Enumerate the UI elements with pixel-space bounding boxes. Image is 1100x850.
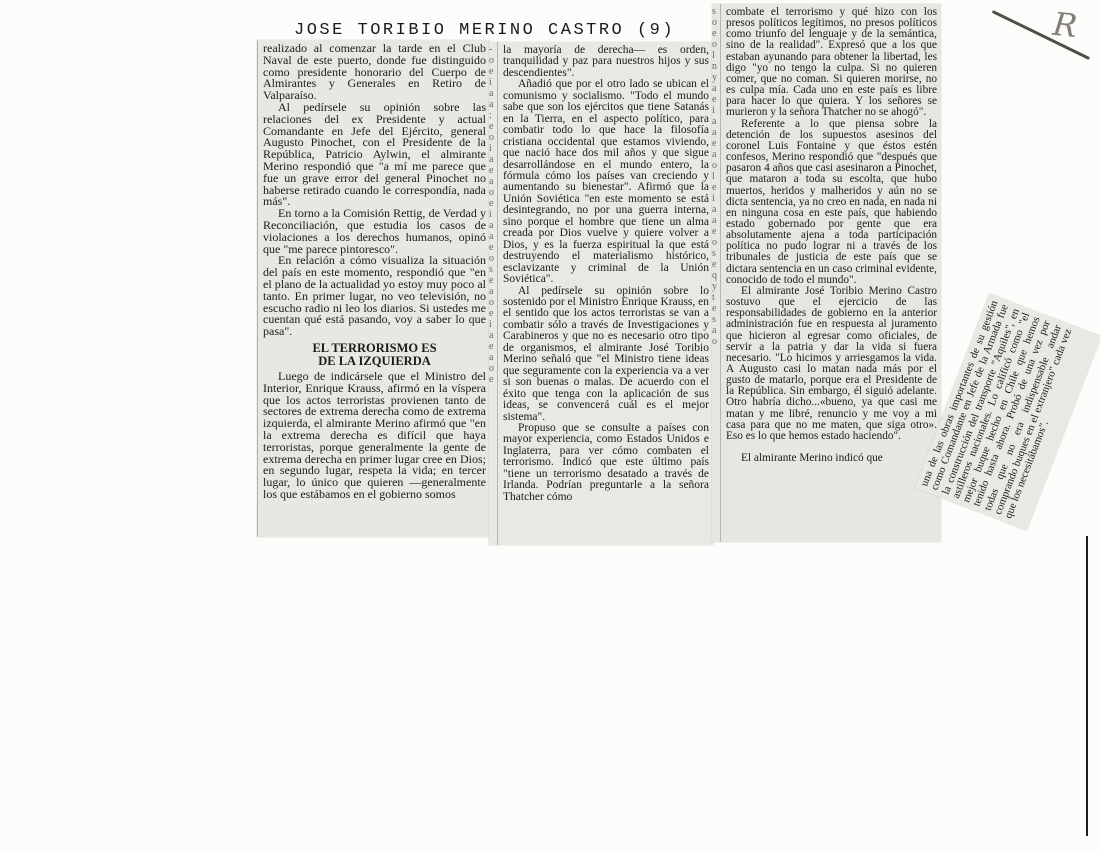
page-title: JOSE TORIBIO MERINO CASTRO (9) <box>294 21 675 40</box>
subheading-line: EL TERRORISMO ES <box>263 342 486 355</box>
paragraph: Al pedírsele su opinión sobre lo sosteni… <box>503 286 709 423</box>
handwritten-r-mark: R <box>1051 5 1079 45</box>
column-1-text: realizado al comenzar la tarde en el Clu… <box>258 40 490 537</box>
paragraph: En torno a la Comisión Rettig, de Verdad… <box>263 208 486 255</box>
paragraph: El almirante José Toribio Merino Castro … <box>726 286 937 442</box>
scanned-newspaper-page: JOSE TORIBIO MERINO CASTRO (9) realizado… <box>0 0 1100 850</box>
paragraph: realizado al comenzar la tarde en el Clu… <box>263 43 486 102</box>
paragraph: En relación a cómo visualiza la situació… <box>263 255 486 338</box>
page-title-suffix: RINO CASTRO (9) <box>485 21 676 40</box>
paragraph: El almirante Merino indicó que <box>726 453 937 464</box>
column-rule-line <box>497 42 498 545</box>
paragraph: Luego de indicársele que el Ministro del… <box>263 371 486 501</box>
paragraph: Propuso que se consulte a países con may… <box>503 423 709 503</box>
right-edge-vertical-line <box>1086 536 1088 836</box>
newspaper-clipping-column-1: realizado al comenzar la tarde en el Clu… <box>257 40 490 537</box>
column-3-text: combate el terrorismo y qué hizo con los… <box>721 4 941 542</box>
cut-letter-fragments: s o e o l n y a e i a a e a o l e i a a … <box>712 4 720 542</box>
newspaper-clipping-column-3: s o e o l n y a e i a a e a o l e i a a … <box>712 4 941 542</box>
paragraph: Al pedírsele su opinión sobre las relaci… <box>263 102 486 208</box>
cut-letter-fragments: - o e i a a : e o i a e a o e i a a e o … <box>489 42 497 545</box>
rotated-newspaper-clipping: una de las obras importantes de su gesti… <box>915 293 1100 530</box>
column-rule-line <box>720 4 721 542</box>
paragraph: Referente a lo que piensa sobre la deten… <box>726 119 937 286</box>
page-title-underlined-part: ME <box>459 21 484 42</box>
subheading-terrorism: EL TERRORISMO ES DE LA IZQUIERDA <box>263 342 486 368</box>
paragraph: Añadió que por el otro lado se ubican el… <box>503 79 709 285</box>
paragraph: combate el terrorismo y qué hizo con los… <box>726 7 937 119</box>
paragraph: la mayoría de derecha— es orden, tranqui… <box>503 45 709 79</box>
subheading-line: DE LA IZQUIERDA <box>263 355 486 368</box>
paragraph: una de las obras importantes de su gesti… <box>919 299 1085 520</box>
column-2-text: la mayoría de derecha— es orden, tranqui… <box>498 42 713 545</box>
newspaper-clipping-column-2: - o e i a a : e o i a e a o e i a a e o … <box>489 42 713 545</box>
page-title-prefix: JOSE TORIBIO <box>294 21 459 40</box>
